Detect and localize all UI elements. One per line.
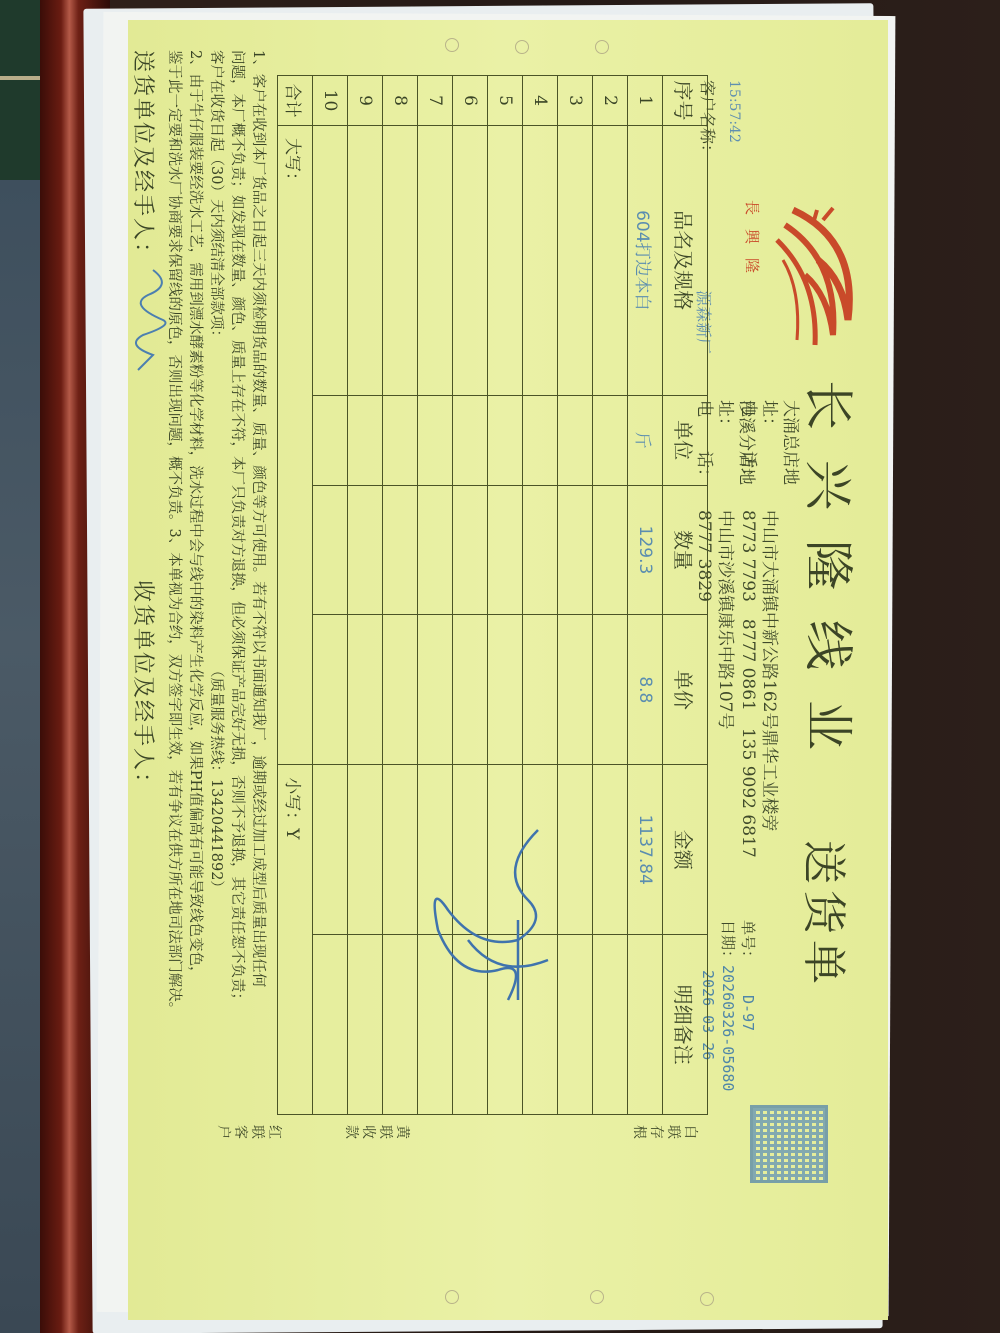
- row-qty: 129.3: [628, 485, 663, 615]
- row-price: [523, 615, 558, 765]
- head-address: 中山市大涌镇中新公路162号鼎华工业楼旁: [759, 510, 779, 831]
- row-qty: [558, 485, 593, 615]
- row-note: [348, 935, 383, 1115]
- row-unit: [418, 395, 453, 485]
- row-item: [558, 125, 593, 395]
- sprocket-hole: [515, 40, 529, 54]
- lower-label: 小写：Y: [283, 777, 303, 839]
- terms-line-5: 鉴于此一定要和洗水厂协商要求保留线的原色，否则出现问题，概不负责。3、本单视为合…: [163, 50, 184, 1230]
- branch-address-label: 沙溪分店地址：: [714, 400, 756, 510]
- table-row: 3: [558, 76, 593, 1115]
- company-logo: 長興隆: [743, 170, 863, 370]
- table-header-row: 序号 品名及规格 单位 数量 单价 金额 明细备注: [663, 76, 708, 1115]
- terms-line-2: 问题，本厂概不负责；如发现在数量、颜色、质量上存在不符，本厂只负责对方退换，但必…: [226, 50, 247, 1230]
- row-amount: [593, 765, 628, 935]
- company-name: 长兴隆线业: [796, 380, 868, 780]
- row-note: [383, 935, 418, 1115]
- row-no: 6: [453, 76, 488, 126]
- row-qty: [453, 485, 488, 615]
- row-qty: [523, 485, 558, 615]
- row-item: [348, 125, 383, 395]
- terms-line-3: 客户在收货日起（30）天内须结清全部款项： （质量服务热线：1342044189…: [205, 50, 226, 1230]
- row-amount: 1137.84: [628, 765, 663, 935]
- row-no: 7: [418, 76, 453, 126]
- row-amount: [313, 765, 348, 935]
- row-note: [593, 935, 628, 1115]
- total-upper: 大写：: [278, 125, 313, 764]
- upper-label: 大写：: [283, 138, 303, 189]
- row-unit: [313, 395, 348, 485]
- row-item: 604打边本白: [628, 125, 663, 395]
- row-price: [348, 615, 383, 765]
- copy-white: 白联存根: [630, 1125, 698, 1141]
- row-price: [313, 615, 348, 765]
- row-item: [313, 125, 348, 395]
- date-label: 日期：: [719, 920, 737, 965]
- row-unit: [348, 395, 383, 485]
- row-item: [523, 125, 558, 395]
- row-qty: [593, 485, 628, 615]
- row-item: [418, 125, 453, 395]
- row-qty: [418, 485, 453, 615]
- row-qty: [313, 485, 348, 615]
- row-price: [593, 615, 628, 765]
- row-price: [383, 615, 418, 765]
- row-amount: [383, 765, 418, 935]
- copy-yellow: 黄联收款: [342, 1125, 410, 1141]
- row-qty: [348, 485, 383, 615]
- col-header-unit: 单位: [663, 395, 708, 485]
- table-row: 2: [593, 76, 628, 1115]
- row-unit: [593, 395, 628, 485]
- row-price: [453, 615, 488, 765]
- row-amount: [348, 765, 383, 935]
- document-title: 送货单: [796, 840, 860, 990]
- row-no: 10: [313, 76, 348, 126]
- col-header-price: 单价: [663, 615, 708, 765]
- row-no: 1: [628, 76, 663, 126]
- row-unit: [453, 395, 488, 485]
- sprocket-hole: [700, 1292, 714, 1306]
- sprocket-hole: [445, 38, 459, 52]
- qr-code: [750, 1105, 828, 1183]
- row-note: [558, 935, 593, 1115]
- row-item: [453, 125, 488, 395]
- receiver-signature-icon: [418, 810, 558, 1020]
- row-price: 8.8: [628, 615, 663, 765]
- row-item: [488, 125, 523, 395]
- row-unit: [488, 395, 523, 485]
- head-address-label: 大涌总店地址：: [758, 400, 800, 510]
- row-note: [313, 935, 348, 1115]
- order-no: D-97: [739, 995, 757, 1031]
- row-item: [593, 125, 628, 395]
- terms-and-conditions: 1、客户在收到本厂货品之日起三天内须检明货品的数量、质量、颜色等方可使用。若有不…: [163, 50, 268, 1230]
- terms-line-1: 1、客户在收到本厂货品之日起三天内须检明货品的数量、质量、颜色等方可使用。若有不…: [247, 50, 268, 1230]
- col-header-no: 序号: [663, 76, 708, 126]
- total-lower: 小写：Y: [278, 765, 313, 1115]
- row-note: [628, 935, 663, 1115]
- row-no: 5: [488, 76, 523, 126]
- row-no: 4: [523, 76, 558, 126]
- row-unit: [383, 395, 418, 485]
- sprocket-hole: [590, 1290, 604, 1304]
- row-no: 3: [558, 76, 593, 126]
- table-row: 10: [313, 76, 348, 1115]
- order-no-label: 单号：: [739, 920, 757, 965]
- row-qty: [488, 485, 523, 615]
- sprocket-hole: [595, 40, 609, 54]
- sender-signature-label: 送货单位及经手人：: [129, 50, 160, 266]
- logo-text: 長興隆: [742, 200, 763, 287]
- row-price: [558, 615, 593, 765]
- row-no: 8: [383, 76, 418, 126]
- col-header-amount: 金额: [663, 765, 708, 935]
- col-header-note: 明细备注: [663, 935, 708, 1115]
- row-item: [383, 125, 418, 395]
- sprocket-hole: [445, 1290, 459, 1304]
- row-price: [488, 615, 523, 765]
- print-time: 15:57:42: [726, 80, 742, 143]
- row-unit: [523, 395, 558, 485]
- row-price: [418, 615, 453, 765]
- table-row: 8: [383, 76, 418, 1115]
- col-header-qty: 数量: [663, 485, 708, 615]
- total-row: 合计 大写： 小写：Y: [278, 76, 313, 1115]
- table-row: 9: [348, 76, 383, 1115]
- receiver-signature-label: 收货单位及经手人：: [129, 580, 160, 796]
- table-row: 1 604打边本白 斤 129.3 8.8 1137.84: [628, 76, 663, 1115]
- terms-line-4: 2、由于牛仔服装要经洗水工艺，需用到漂水酵素粉等化学材料，洗水过程中会与线中的染…: [184, 50, 205, 1230]
- col-header-item: 品名及规格: [663, 125, 708, 395]
- sender-signature-icon: [123, 265, 173, 375]
- row-unit: 斤: [628, 395, 663, 485]
- row-amount: [558, 765, 593, 935]
- serial-no: 20260326-05680: [719, 965, 737, 1091]
- delivery-note: 長興隆 长兴隆线业 送货单 大涌总店地址：中山市大涌镇中新公路162号鼎华工业楼…: [128, 20, 888, 1320]
- branch-address: 中山市沙溪镇康乐中路107号: [715, 510, 735, 729]
- total-label: 合计: [278, 76, 313, 126]
- phoenix-logo-icon: [768, 200, 863, 350]
- row-no: 9: [348, 76, 383, 126]
- row-no: 2: [593, 76, 628, 126]
- row-qty: [383, 485, 418, 615]
- row-unit: [558, 395, 593, 485]
